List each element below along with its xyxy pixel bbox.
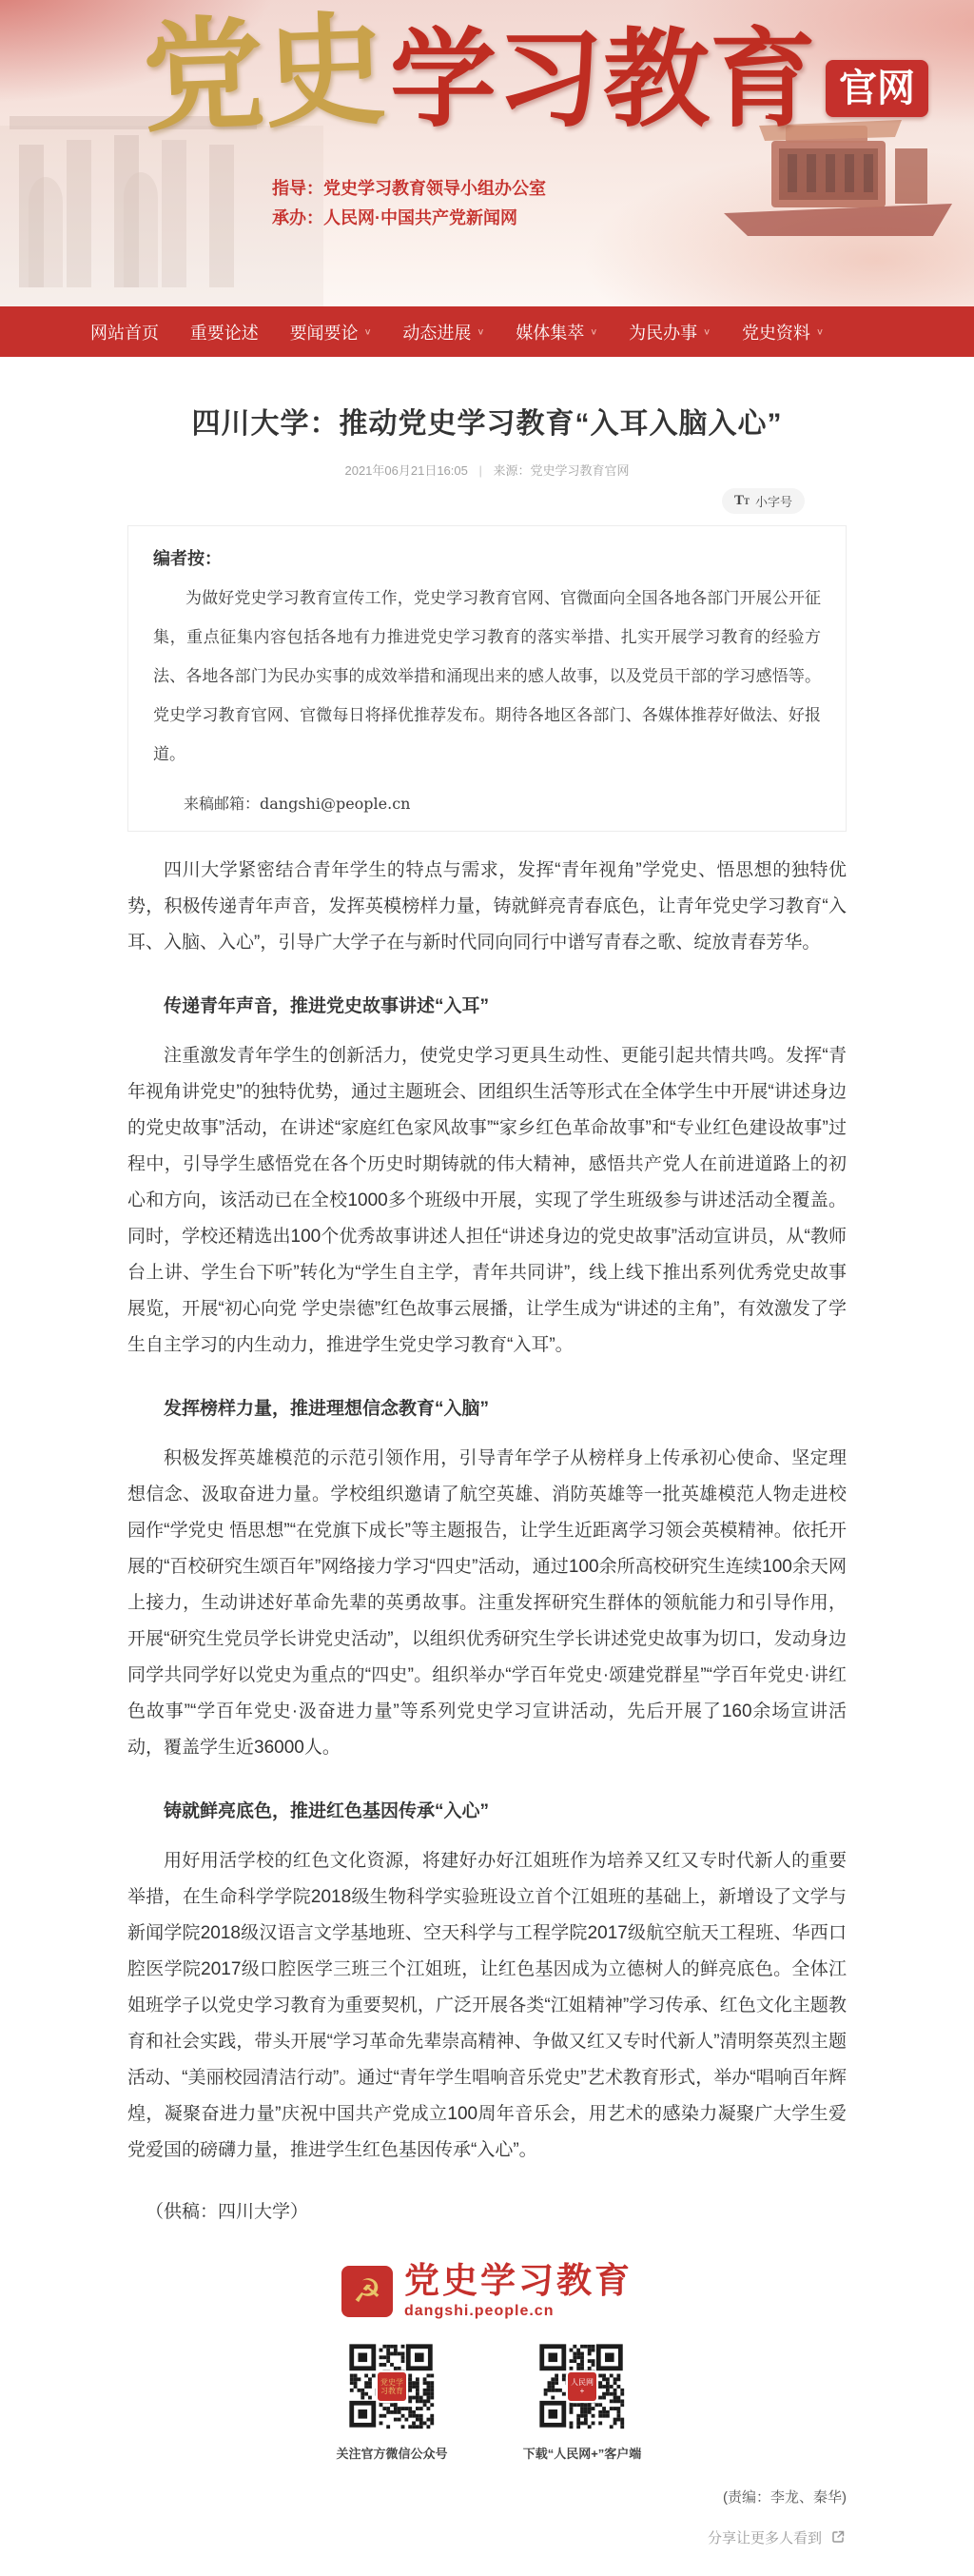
footer-logo-text: 党史学习教育 dangshi.people.cn: [404, 2263, 633, 2320]
section-heading-1: 传递青年声音，推进党史故事讲述“入耳”: [127, 992, 847, 1017]
section-paragraph-2: 积极发挥英雄模范的示范引领作用，引导青年学子从榜样身上传承初心使命、坚定理想信念…: [127, 1441, 847, 1766]
editor-note-mailbox: 来稿邮箱：dangshi@people.cn: [153, 792, 821, 814]
share-row[interactable]: 分享让更多人看到: [127, 2527, 847, 2547]
article-intro-paragraph: 四川大学紧密结合青年学生的特点与需求，发挥“青年视角”学党史、悟思想的独特优势，…: [127, 853, 847, 961]
font-size-label: 小字号: [755, 492, 792, 510]
chevron-down-icon: ∨: [590, 326, 597, 337]
nav-item-2[interactable]: 重要论述: [190, 320, 259, 344]
main-nav: 网站首页重要论述要闻要论∨动态进展∨媒体集萃∨为民办事∨党史资料∨: [0, 306, 974, 357]
nav-item-6[interactable]: 为民办事∨: [629, 320, 711, 344]
party-emblem-glyph: ☭: [353, 2275, 381, 2308]
site-title-red: 学习教育: [390, 19, 816, 142]
qr-code-row: 党史学习教育关注官方微信公众号人民网+下载“人民网+”客户端: [127, 2341, 847, 2462]
share-icon[interactable]: [829, 2528, 847, 2546]
qr-center-badge: 党史学习教育: [376, 2370, 408, 2403]
editor-note-heading: 编者按：: [153, 545, 821, 570]
page-title: 四川大学：推动党史学习教育“入耳入脑入心”: [127, 400, 847, 442]
chevron-down-icon: ∨: [703, 326, 711, 337]
article-toolbar: TT 小字号: [127, 488, 805, 514]
editor-note-box: 编者按： 为做好党史学习教育宣传工作，党史学习教育官网、官微面向全国各地各部门开…: [127, 525, 847, 832]
section-paragraph-1: 注重激发青年学生的创新活力，使党史学习更具生动性、更能引起共情共鸣。发挥“青年视…: [127, 1038, 847, 1364]
section-heading-3: 铸就鲜亮底色，推进红色基因传承“入心”: [127, 1797, 847, 1822]
font-size-icon: TT: [734, 494, 750, 508]
article-source[interactable]: 来源：党史学习教育官网: [494, 463, 630, 478]
qr-block-1: 党史学习教育关注官方微信公众号: [311, 2341, 473, 2462]
article-sections: 传递青年声音，推进党史故事讲述“入耳”注重激发青年学生的创新活力，使党史学习更具…: [127, 992, 847, 2169]
qr-code-image-2: 人民网+: [536, 2341, 628, 2432]
site-title-gold: 党史: [141, 4, 389, 147]
share-label: 分享让更多人看到: [708, 2527, 822, 2547]
section-paragraph-3: 用好用活学校的红色文化资源，将建好办好江姐班作为培养又红又专时代新人的重要举措，…: [127, 1843, 847, 2169]
chevron-down-icon: ∨: [477, 326, 484, 337]
article-byline: （供稿：四川大学）: [127, 2197, 847, 2223]
article-meta: 2021年06月21日16:05 | 来源：党史学习教育官网: [127, 461, 847, 479]
qr-label-2: 下载“人民网+”客户端: [501, 2444, 663, 2462]
banner-guide-line: 指导：党史学习教育领导小组办公室: [272, 174, 546, 204]
editor-note-body: 为做好党史学习教育宣传工作，党史学习教育官网、官微面向全国各地各部门开展公开征集…: [153, 580, 821, 775]
chevron-down-icon: ∨: [816, 326, 824, 337]
banner-sponsor-lines: 指导：党史学习教育领导小组办公室 承办：人民网·中国共产党新闻网: [272, 174, 546, 233]
footer-logo-title: 党史学习教育: [404, 2263, 633, 2300]
footer-logo-domain: dangshi.people.cn: [404, 2303, 633, 2320]
site-banner: 党史 学习教育 官网 指导：党史学习教育领导小组办公室 承办：人民网·中国共产党…: [0, 0, 974, 306]
article-date: 2021年06月21日16:05: [344, 463, 467, 478]
qr-code-image-1: 党史学习教育: [346, 2341, 438, 2432]
section-heading-2: 发挥榜样力量，推进理想信念教育“入脑”: [127, 1394, 847, 1420]
nav-item-4[interactable]: 动态进展∨: [402, 320, 484, 344]
qr-block-2: 人民网+下载“人民网+”客户端: [501, 2341, 663, 2462]
site-logo-title: 党史 学习教育 官网: [143, 8, 928, 142]
site-title-badge: 官网: [826, 60, 928, 117]
nav-item-5[interactable]: 媒体集萃∨: [516, 320, 597, 344]
footer-logo: ☭ 党史学习教育 dangshi.people.cn: [127, 2263, 847, 2320]
font-size-control[interactable]: TT 小字号: [722, 488, 805, 514]
article-container: 四川大学：推动党史学习教育“入耳入脑入心” 2021年06月21日16:05 |…: [127, 400, 847, 2547]
nav-item-3[interactable]: 要闻要论∨: [290, 320, 372, 344]
party-emblem-icon: ☭: [341, 2266, 393, 2317]
meta-separator: |: [478, 463, 481, 478]
qr-label-1: 关注官方微信公众号: [311, 2444, 473, 2462]
nav-item-1[interactable]: 网站首页: [90, 320, 159, 344]
nav-item-7[interactable]: 党史资料∨: [742, 320, 824, 344]
editor-credit: (责编：李龙、秦华): [127, 2487, 847, 2507]
chevron-down-icon: ∨: [364, 326, 372, 337]
banner-host-line: 承办：人民网·中国共产党新闻网: [272, 204, 546, 233]
qr-center-badge: 人民网+: [566, 2370, 598, 2403]
